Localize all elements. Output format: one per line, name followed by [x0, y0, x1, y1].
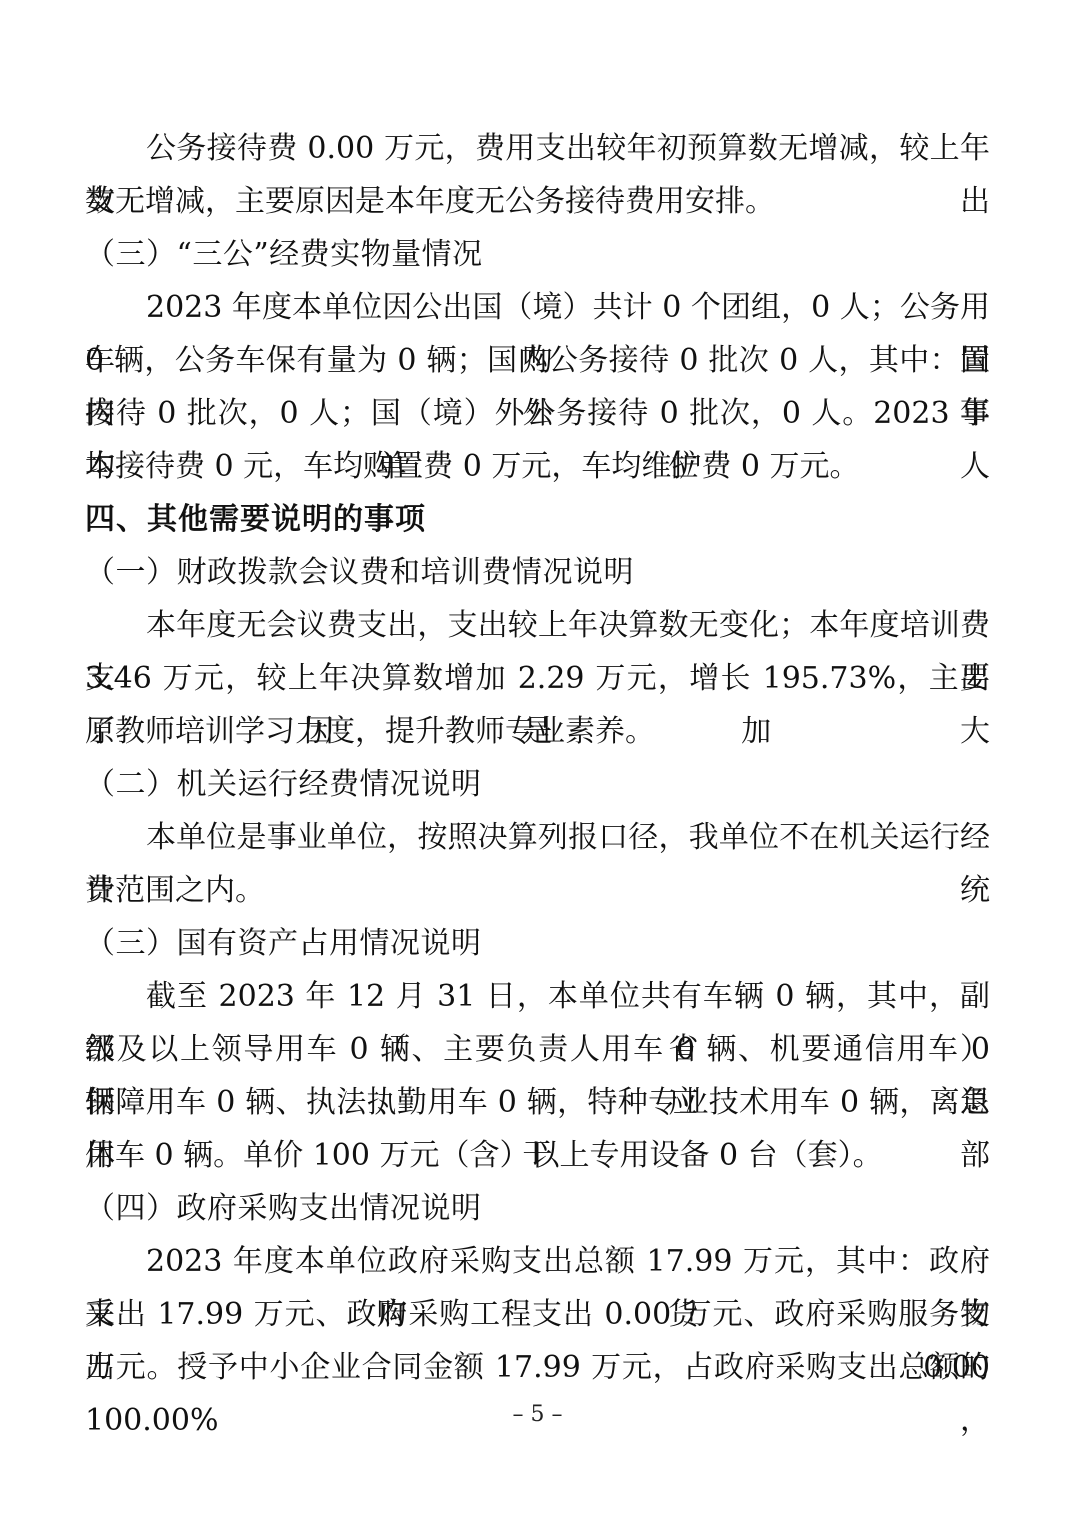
paragraph-line: 本单位是事业单位，按照决算列报口径，我单位不在机关运行经费统: [85, 811, 990, 864]
paragraph-line: 0 辆，公务车保有量为 0 辆；国内公务接待 0 批次 0 人，其中：国内外事: [85, 334, 990, 387]
subsection-heading: （四）政府采购支出情况说明: [85, 1182, 990, 1235]
paragraph-line: 保障用车 0 辆、执法执勤用车 0 辆，特种专业技术用车 0 辆，离退休干部: [85, 1076, 990, 1129]
document-body: 公务接待费 0.00 万元，费用支出较年初预算数无增减，较上年支出 数无增减，主…: [85, 122, 990, 1394]
paragraph-line: 截至 2023 年 12 月 31 日，本单位共有车辆 0 辆，其中，副部（省）: [85, 970, 990, 1023]
paragraph-line: 均接待费 0 元，车均购置费 0 万元，车均维护费 0 万元。: [85, 440, 990, 493]
paragraph-line: 3.46 万元，较上年决算数增加 2.29 万元，增长 195.73%，主要原因…: [85, 652, 990, 705]
document-page: 公务接待费 0.00 万元，费用支出较年初预算数无增减，较上年支出 数无增减，主…: [0, 0, 1075, 1520]
paragraph-line: 万元。授予中小企业合同金额 17.99 万元，占政府采购支出总额的 100.00…: [85, 1341, 990, 1394]
subsection-heading: （一）财政拨款会议费和培训费情况说明: [85, 546, 990, 599]
paragraph-line: 本年度无会议费支出，支出较上年决算数无变化；本年度培训费支出: [85, 599, 990, 652]
page-number: – 5 –: [0, 1400, 1075, 1430]
paragraph-line: 用车 0 辆。单价 100 万元（含）以上专用设备 0 台（套）。: [85, 1129, 990, 1182]
paragraph-line: 2023 年度本单位政府采购支出总额 17.99 万元，其中：政府采购货物: [85, 1235, 990, 1288]
section-heading: 四、其他需要说明的事项: [85, 493, 990, 546]
paragraph-line: 公务接待费 0.00 万元，费用支出较年初预算数无增减，较上年支出: [85, 122, 990, 175]
subsection-heading: （三）“三公”经费实物量情况: [85, 228, 990, 281]
subsection-heading: （二）机关运行经费情况说明: [85, 758, 990, 811]
paragraph-line: 支出 17.99 万元、政府采购工程支出 0.00 万元、政府采购服务支出 0.…: [85, 1288, 990, 1341]
paragraph-line: 级及以上领导用车 0 辆、主要负责人用车 0 辆、机要通信用车 0 辆、应急: [85, 1023, 990, 1076]
paragraph-line: 2023 年度本单位因公出国（境）共计 0 个团组，0 人；公务用车购置: [85, 281, 990, 334]
paragraph-line: 接待 0 批次，0 人；国（境）外公务接待 0 批次，0 人。2023 年本单位…: [85, 387, 990, 440]
subsection-heading: （三）国有资产占用情况说明: [85, 917, 990, 970]
